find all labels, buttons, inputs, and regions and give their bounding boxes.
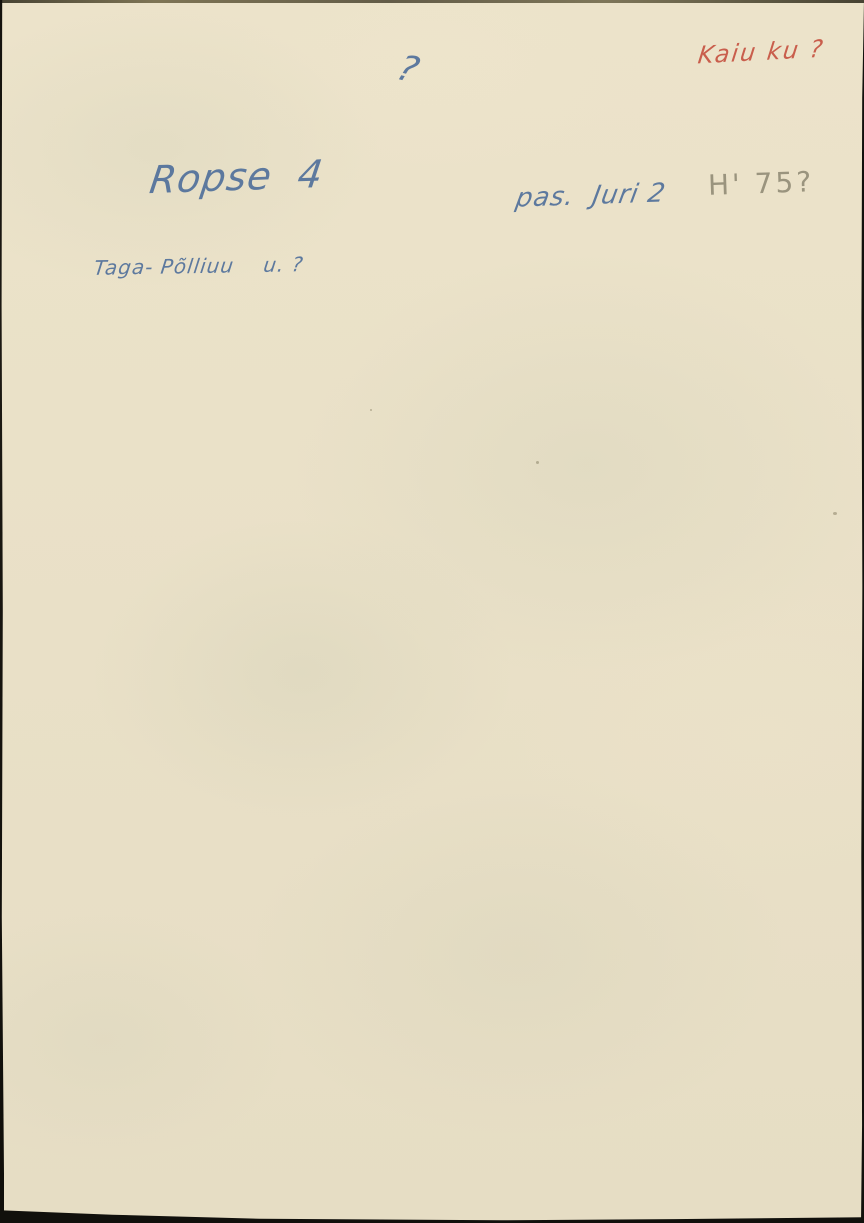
paper-speck xyxy=(536,461,539,464)
scanned-document: Kaiu ku ? ? Ropse 4 pas. Juri 2 H' 75? T… xyxy=(0,0,864,1223)
red-ink-annotation: Kaiu ku ? xyxy=(697,37,826,68)
scan-edge-top xyxy=(0,0,864,3)
paper-speck xyxy=(370,409,372,411)
place-annotation: Taga- Põlliuu u. ? xyxy=(93,254,305,278)
person-annotation: pas. Juri 2 xyxy=(514,180,668,211)
pencil-annotation: H' 75? xyxy=(708,168,815,200)
title-annotation: Ropse 4 xyxy=(147,155,326,199)
paper-speck xyxy=(833,512,837,515)
